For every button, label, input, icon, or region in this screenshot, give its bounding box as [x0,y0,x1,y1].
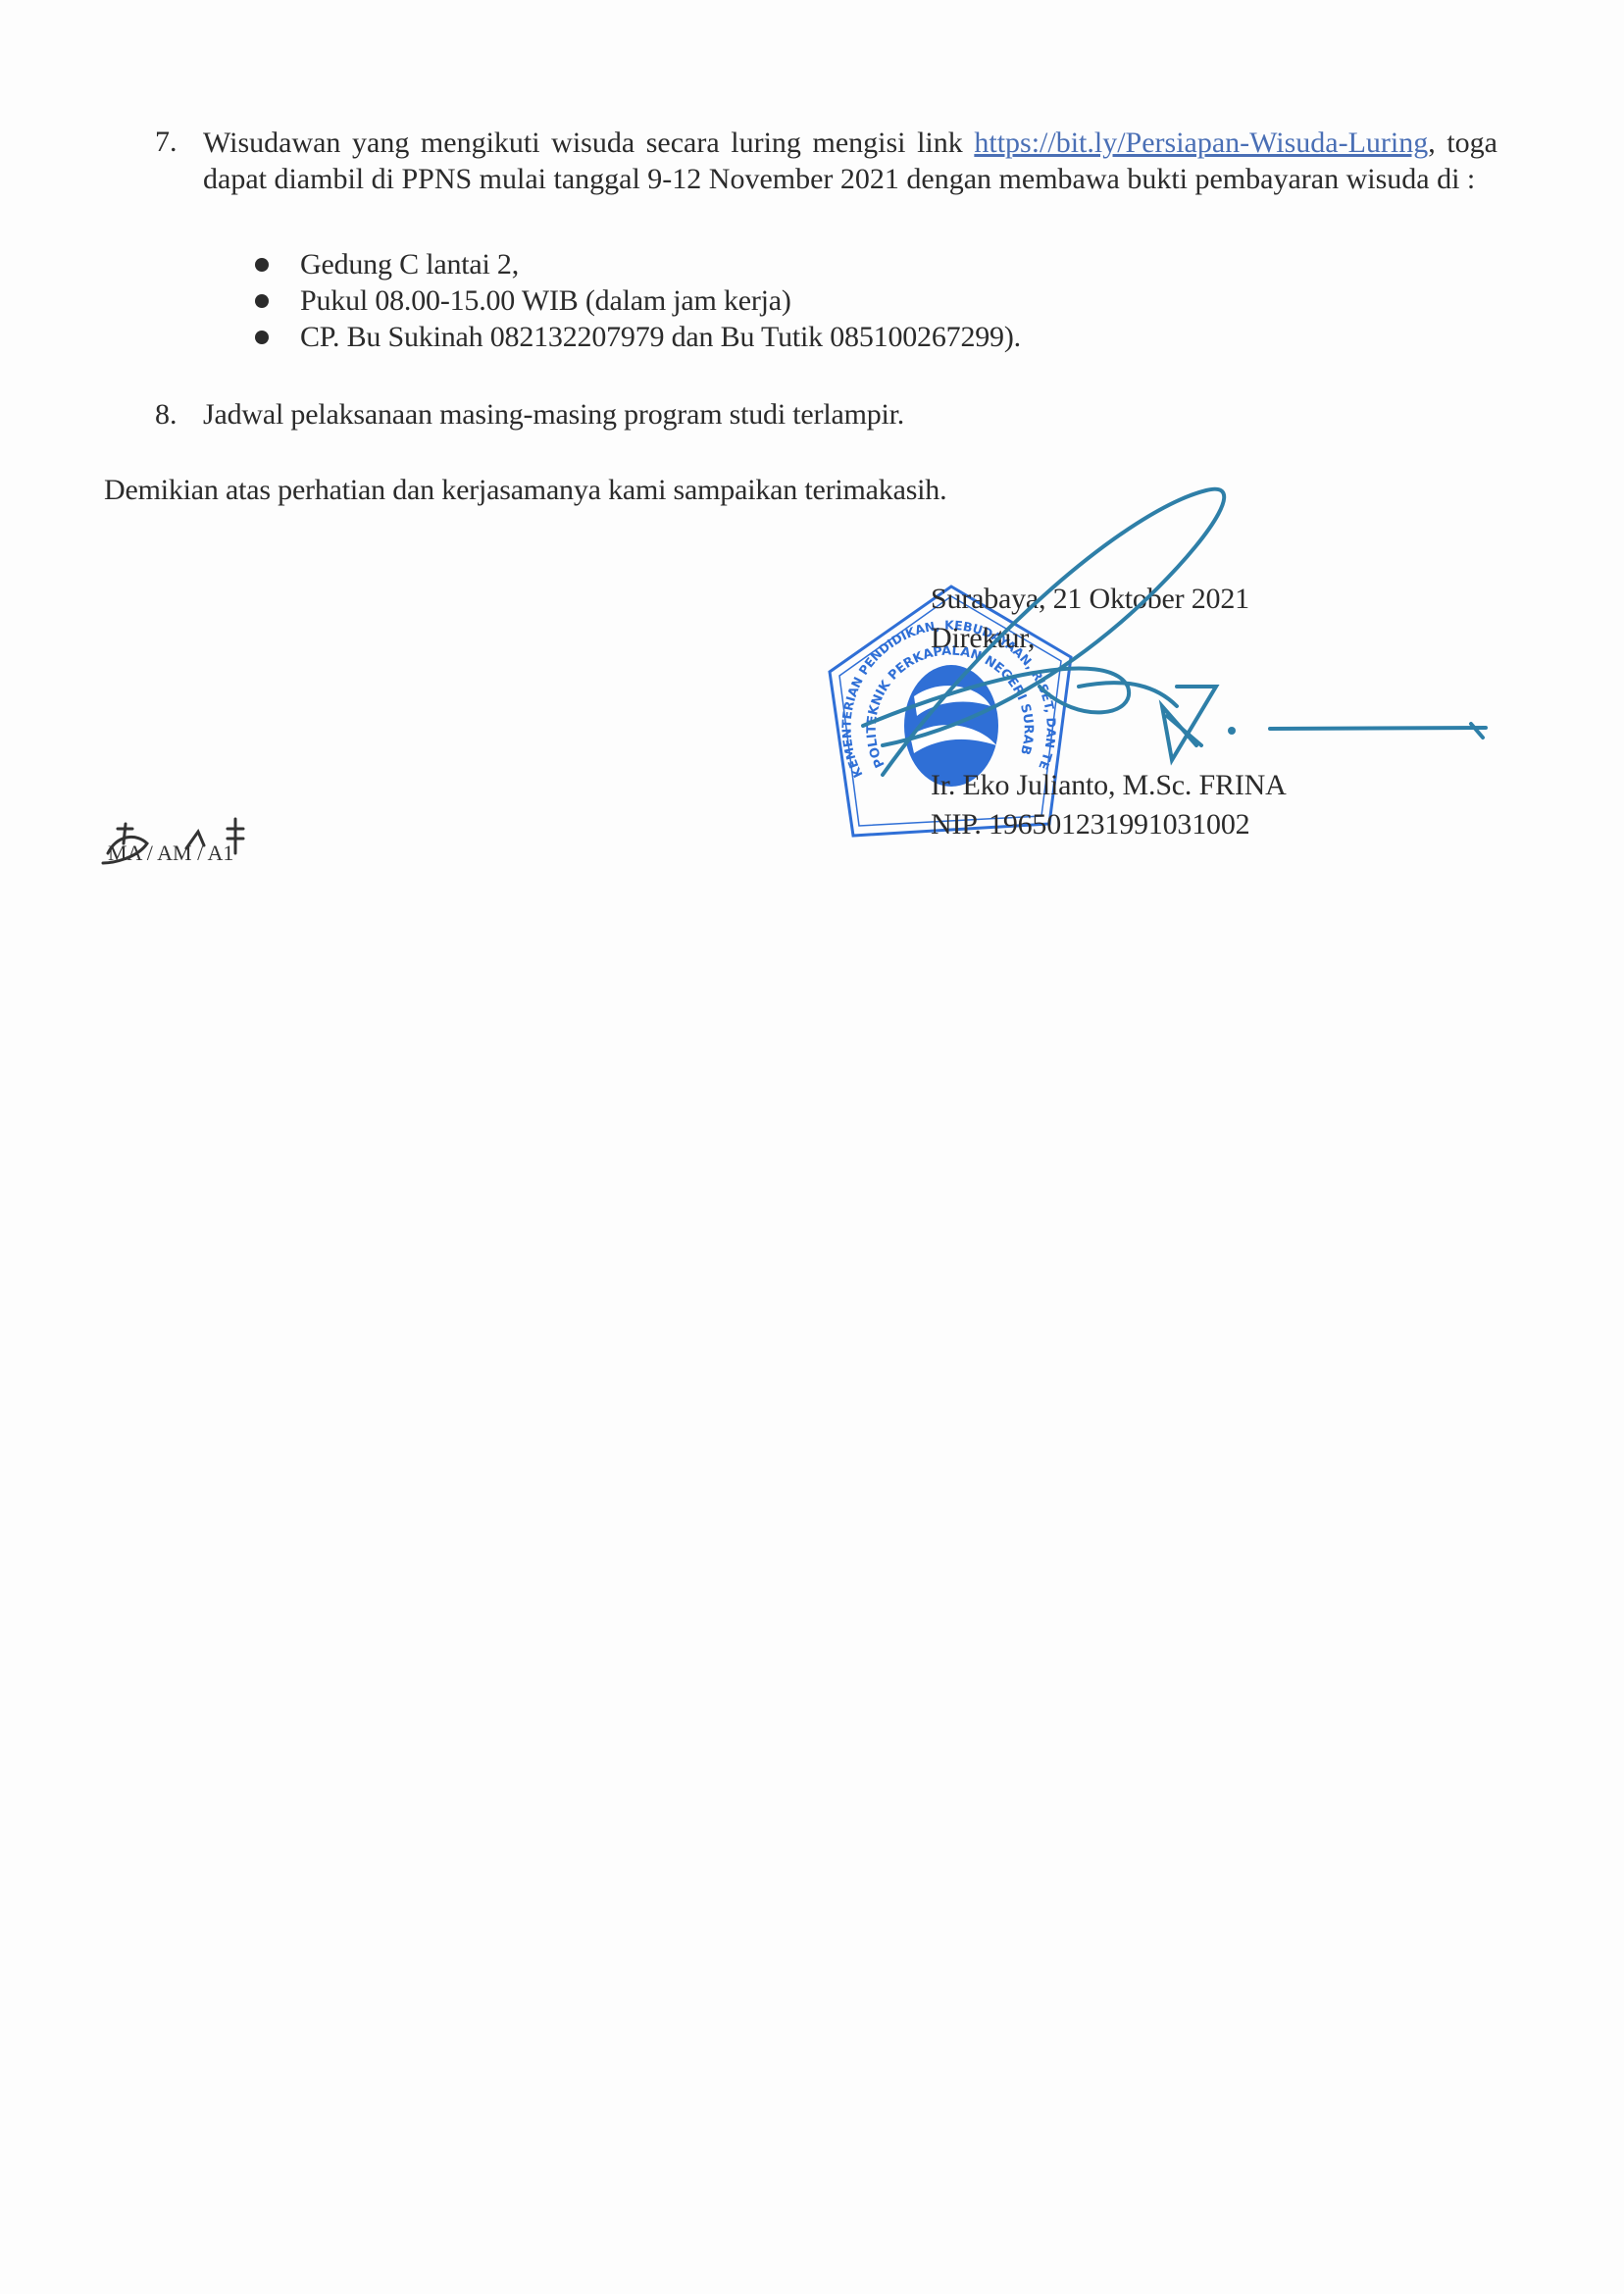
bullet-dot-icon [255,331,269,344]
bullet-item: CP. Bu Sukinah 082132207979 dan Bu Tutik… [300,320,1021,355]
signer-nip: NIP. 196501231991031002 [931,807,1249,842]
document-page: 7. Wisudawan yang mengikuti wisuda secar… [0,0,1624,2294]
registration-link[interactable]: https://bit.ly/Persiapan-Wisuda-Luring [974,127,1428,159]
signer-position: Direktur, [931,621,1035,656]
place-date: Surabaya, 21 Oktober 2021 [931,582,1249,617]
item-7-number: 7. [155,125,178,160]
bullet-item: Gedung C lantai 2, [300,247,519,282]
bullet-dot-icon [255,294,269,308]
item-7-text-before-link: Wisudawan yang mengikuti wisuda secara l… [203,127,974,159]
bullet-item: Pukul 08.00-15.00 WIB (dalam jam kerja) [300,283,791,319]
item-7-paragraph: Wisudawan yang mengikuti wisuda secara l… [203,125,1497,197]
initials-text: MA / AM / A1 [108,841,233,865]
item-8-text: Jadwal pelaksanaan masing-masing program… [203,397,904,433]
closing-sentence: Demikian atas perhatian dan kerjasamanya… [104,473,946,508]
bullet-dot-icon [255,258,269,272]
institution-stamp-icon: KEMENTERIAN PENDIDIKAN, KEBUDAYAAN, RISE… [824,579,1079,843]
item-8-number: 8. [155,397,178,433]
signer-name: Ir. Eko Julianto, M.Sc. FRINA [931,768,1287,803]
